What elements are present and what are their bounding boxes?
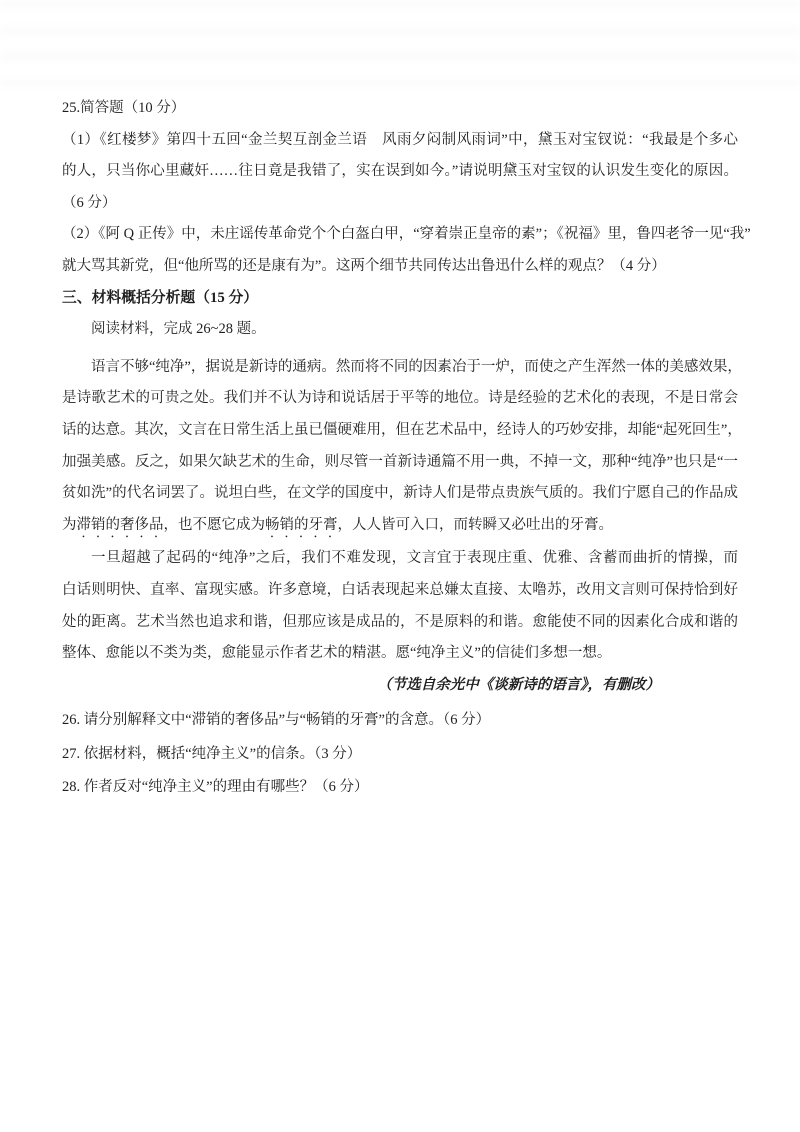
q25-sub1-line2: 的人，只当你心里藏奸……往日竟是我错了，实在误到如今。”请说明黛玉对宝钗的认识发… bbox=[62, 156, 738, 188]
section3-heading: 三、材料概括分析题（15 分） bbox=[62, 283, 738, 315]
material-para2-line3: 处的距离。艺术当然也追求和谐，但那应该是成品的，不是原料的和谐。愈能使不同的因素… bbox=[62, 607, 738, 639]
para1-line6-pre: 为 bbox=[62, 517, 77, 533]
material-para1-line1: 语言不够“纯净”，据说是新诗的通病。然而将不同的因素冶于一炉，而使之产生浑然一体… bbox=[62, 352, 738, 384]
q25-sub2-line2: 就大骂其新党，但“他所骂的还是康有为”。这两个细节共同传达出鲁迅什么样的观点？（… bbox=[62, 251, 738, 283]
question-28: 28. 作者反对“纯净主义”的理由有哪些？（6 分） bbox=[62, 772, 738, 804]
q25-sub1-line1: （1）《红楼梦》第四十五回“金兰契互剖金兰语 风雨夕闷制风雨词”中，黛玉对宝钗说… bbox=[62, 125, 738, 157]
question-26: 26. 请分别解释文中“滞销的奢侈品”与“畅销的牙膏”的含意。（6 分） bbox=[62, 705, 738, 737]
material-para2-line2: 白话则明快、直率、富现实感。许多意境，白话表现起来总嫌太直接、太噜苏，改用文言则… bbox=[62, 575, 738, 607]
material-para1-line2: 是诗歌艺术的可贵之处。我们并不认为诗和说话居于平等的地位。诗是经验的艺术化的表现… bbox=[62, 383, 738, 415]
document-page: 25.简答题（10 分） （1）《红楼梦》第四十五回“金兰契互剖金兰语 风雨夕闷… bbox=[0, 0, 800, 1132]
para1-line6-mid: ，也不愿它成为 bbox=[164, 517, 266, 533]
material-para1-line6: 为滞销的奢侈品，也不愿它成为畅销的牙膏，人人皆可入口，而转瞬又必吐出的牙膏。 bbox=[62, 510, 738, 542]
q25-sub1-line3: （6 分） bbox=[62, 188, 738, 220]
material-para1-line5: 贫如洗”的代名词罢了。说坦白些，在文学的国度中，新诗人们是带点贵族气质的。我们宁… bbox=[62, 478, 738, 510]
emphasized-phrase-luxury-goods: 滞销的奢侈品 bbox=[77, 517, 164, 533]
material-para1-line3: 话的达意。其次，文言在日常生活上虽已僵硬难用，但在艺术品中，经诗人的巧妙安排，却… bbox=[62, 415, 738, 447]
question-27: 27. 依据材料，概括“纯净主义”的信条。（3 分） bbox=[62, 739, 738, 771]
emphasized-phrase-toothpaste: 畅销的牙膏 bbox=[265, 517, 338, 533]
q25-sub2-line1: （2）《阿 Q 正传》中，未庄谣传革命党个个白盔白甲，“穿着崇正皇帝的素”；《祝… bbox=[62, 219, 738, 251]
q25-header: 25.简答题（10 分） bbox=[62, 93, 738, 125]
material-intro: 阅读材料，完成 26~28 题。 bbox=[62, 314, 738, 346]
material-para1-line4: 加强美感。反之，如果欠缺艺术的生命，则尽管一首新诗通篇不用一典，不掉一文，那种“… bbox=[62, 447, 738, 479]
para1-line6-post: ，人人皆可入口，而转瞬又必吐出的牙膏。 bbox=[338, 517, 614, 533]
source-attribution: （节选自余光中《谈新诗的语言》，有删改） bbox=[62, 670, 738, 702]
material-para2-line4: 整体、愈能以不类为类，愈能显示作者艺术的精湛。愿“纯净主义”的信徒们多想一想。 bbox=[62, 638, 738, 670]
page-bleedthrough-artifact bbox=[0, 0, 800, 92]
exam-content: 25.简答题（10 分） （1）《红楼梦》第四十五回“金兰契互剖金兰语 风雨夕闷… bbox=[62, 93, 738, 804]
material-para2-line1: 一旦超越了起码的“纯净”之后，我们不难发现，文言宜于表现庄重、优雅、含蓄而曲折的… bbox=[62, 543, 738, 575]
